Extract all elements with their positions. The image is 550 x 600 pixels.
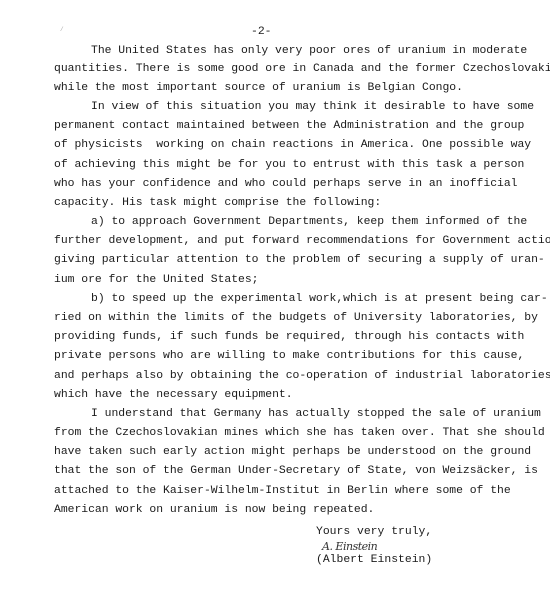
paragraph-2-line-2: permanent contact maintained between the… — [54, 119, 524, 133]
paragraph-5-line-5: attached to the Kaiser-Wilhelm-Institut … — [54, 484, 511, 498]
page-number: -2- — [251, 26, 272, 38]
paragraph-5-line-1: I understand that Germany has actually s… — [91, 407, 541, 421]
handwritten-signature: A. Einstein — [322, 540, 377, 553]
paragraph-2-line-1: In view of this situation you may think … — [91, 100, 534, 114]
scan-mark: / — [60, 26, 64, 33]
paragraph-3-line-3: giving particular attention to the probl… — [54, 253, 545, 267]
signatory-name: (Albert Einstein) — [316, 554, 432, 566]
paragraph-2-line-4: of achieving this might be for you to en… — [54, 158, 524, 172]
paragraph-5-line-3: have taken such early action might perha… — [54, 445, 531, 459]
paragraph-5-line-2: from the Czechoslovakian mines which she… — [54, 426, 545, 440]
paragraph-3-line-1: a) to approach Government Departments, k… — [91, 215, 527, 229]
paragraph-5-line-4: that the son of the German Under-Secreta… — [54, 464, 538, 478]
letter-page: / -2- The United States has only very po… — [0, 0, 550, 600]
paragraph-1-line-2: quantities. There is some good ore in Ca… — [54, 62, 550, 76]
paragraph-3-line-4: ium ore for the United States; — [54, 273, 258, 287]
paragraph-1-line-3: while the most important source of urani… — [54, 81, 463, 95]
paragraph-4-line-3: providing funds, if such funds be requir… — [54, 330, 524, 344]
closing-salutation: Yours very truly, — [316, 526, 432, 538]
paragraph-2-line-5: who has your confidence and who could pe… — [54, 177, 517, 191]
paragraph-4-line-4: private persons who are willing to make … — [54, 349, 524, 363]
paragraph-4-line-6: which have the necessary equipment. — [54, 388, 293, 402]
paragraph-4-line-5: and perhaps also by obtaining the co-ope… — [54, 369, 550, 383]
paragraph-2-line-6: capacity. His task might comprise the fo… — [54, 196, 381, 210]
paragraph-5-line-6: American work on uranium is now being re… — [54, 503, 374, 517]
paragraph-1-line-1: The United States has only very poor ore… — [91, 44, 527, 58]
paragraph-4-line-1: b) to speed up the experimental work,whi… — [91, 292, 548, 306]
paragraph-3-line-2: further development, and put forward rec… — [54, 234, 550, 248]
paragraph-2-line-3: of physicists working on chain reactions… — [54, 138, 531, 152]
paragraph-4-line-2: ried on within the limits of the budgets… — [54, 311, 538, 325]
